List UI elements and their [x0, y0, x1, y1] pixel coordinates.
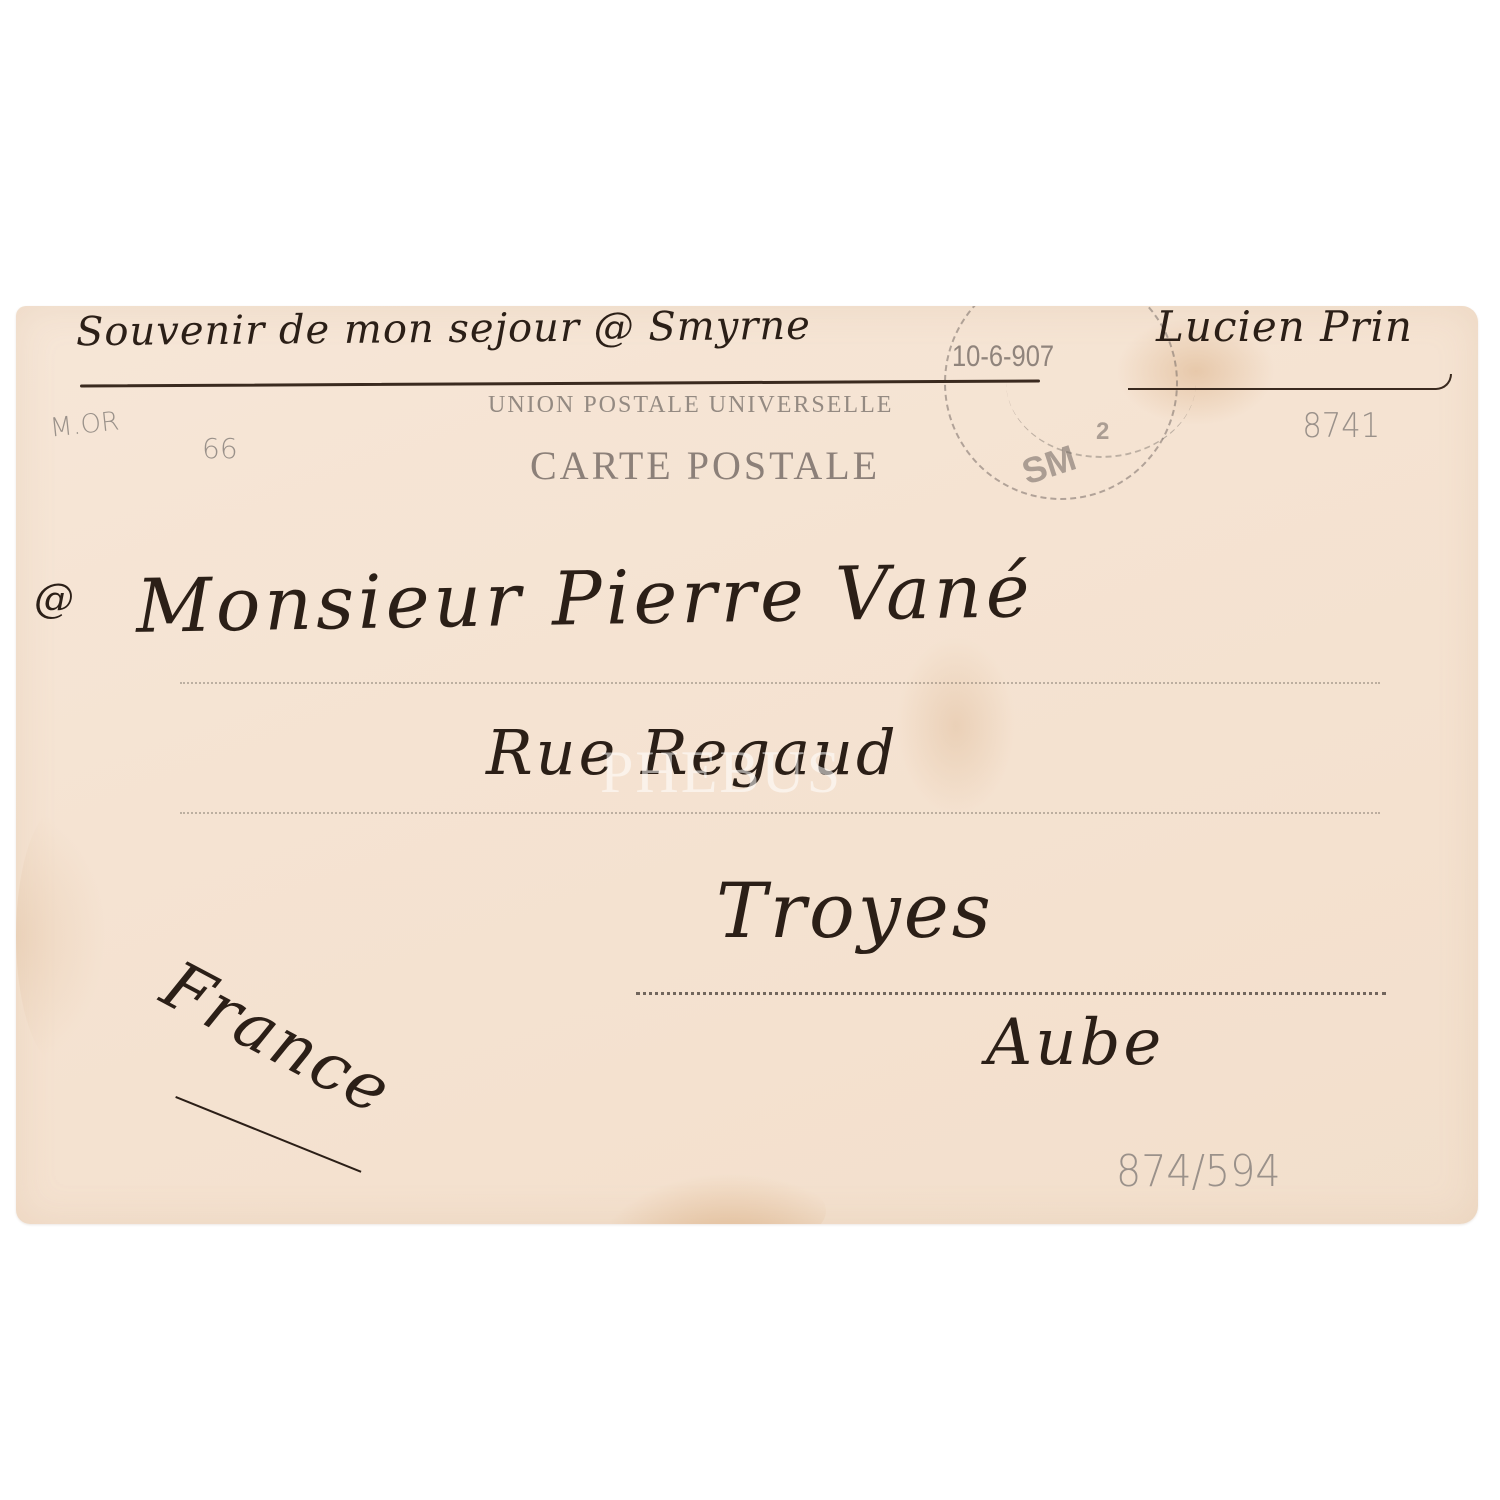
pencil-note-top-left: M.OR	[49, 406, 121, 443]
pencil-note-reference: 874/594	[1116, 1146, 1281, 1197]
water-stain	[586, 1166, 826, 1224]
carte-postale-title: CARTE POSTALE	[530, 442, 880, 489]
recipient-name: Monsieur Pierre Vané	[135, 548, 1034, 650]
signature-flourish	[1128, 374, 1452, 390]
union-postale-label: UNION POSTALE UNIVERSELLE	[488, 392, 893, 419]
recipient-city: Troyes	[716, 866, 994, 955]
pencil-note-top-right: 8741	[1302, 406, 1380, 446]
address-guide-line	[180, 682, 1380, 684]
header-underline	[80, 379, 1040, 387]
postcard-back: 10-6-907 SM 2 Souvenir de mon sejour @ S…	[16, 306, 1478, 1224]
pencil-note-price: 66	[202, 432, 238, 465]
recipient-department: Aube	[986, 1006, 1164, 1080]
address-guide-line	[180, 812, 1380, 814]
water-stain	[896, 636, 1016, 816]
handwritten-signature: Lucien Prin	[1156, 306, 1413, 351]
postmark-number: 2	[1096, 418, 1109, 446]
address-guide-line	[636, 992, 1386, 995]
handwritten-message: Souvenir de mon sejour @ Smyrne	[76, 306, 811, 355]
address-prefix: @	[34, 576, 75, 622]
water-stain	[16, 806, 106, 1066]
recipient-street: Rue Regaud	[486, 716, 899, 789]
postmark-date: 10-6-907	[952, 340, 1054, 374]
page: 10-6-907 SM 2 Souvenir de mon sejour @ S…	[0, 0, 1500, 1500]
